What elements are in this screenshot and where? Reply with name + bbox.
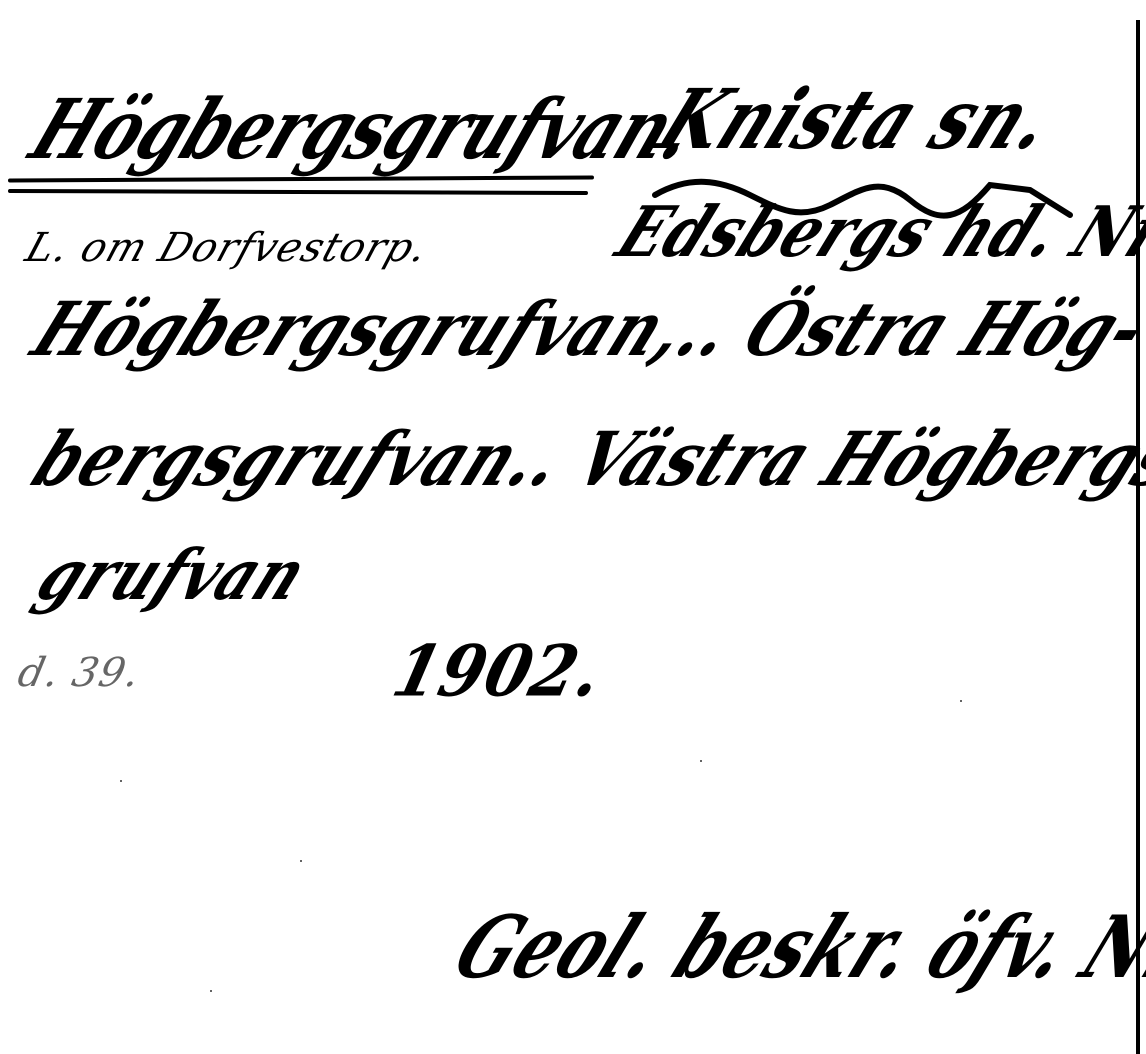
title-double-underline [8,189,588,195]
reference-number: d. 39. [14,650,144,696]
scan-speck [300,860,302,862]
scan-speck [210,990,212,992]
district-name: Edsbergs hd. Nrk. [605,191,1146,273]
parish-name: Knista sn. [645,71,1070,169]
body-line-2: bergsgrufvan.. Västra Högbergs- [20,415,1146,503]
body-line-3: grufvan [25,534,320,616]
scan-speck [960,700,962,702]
year: 1902. [385,631,611,714]
location-note: L. om Dorfvestorp. [20,225,434,271]
index-card: Högbergsgrufvan. Knista sn. L. om Dorfve… [0,0,1146,1054]
scan-speck [700,760,702,762]
source-citation: Geol. beskr. öfv. Nrk. [440,897,1146,998]
card-title: Högbergsgrufvan. [18,81,710,179]
body-line-1: Högbergsgrufvan,.. Östra Hög- [20,285,1146,373]
scan-speck [120,780,122,782]
